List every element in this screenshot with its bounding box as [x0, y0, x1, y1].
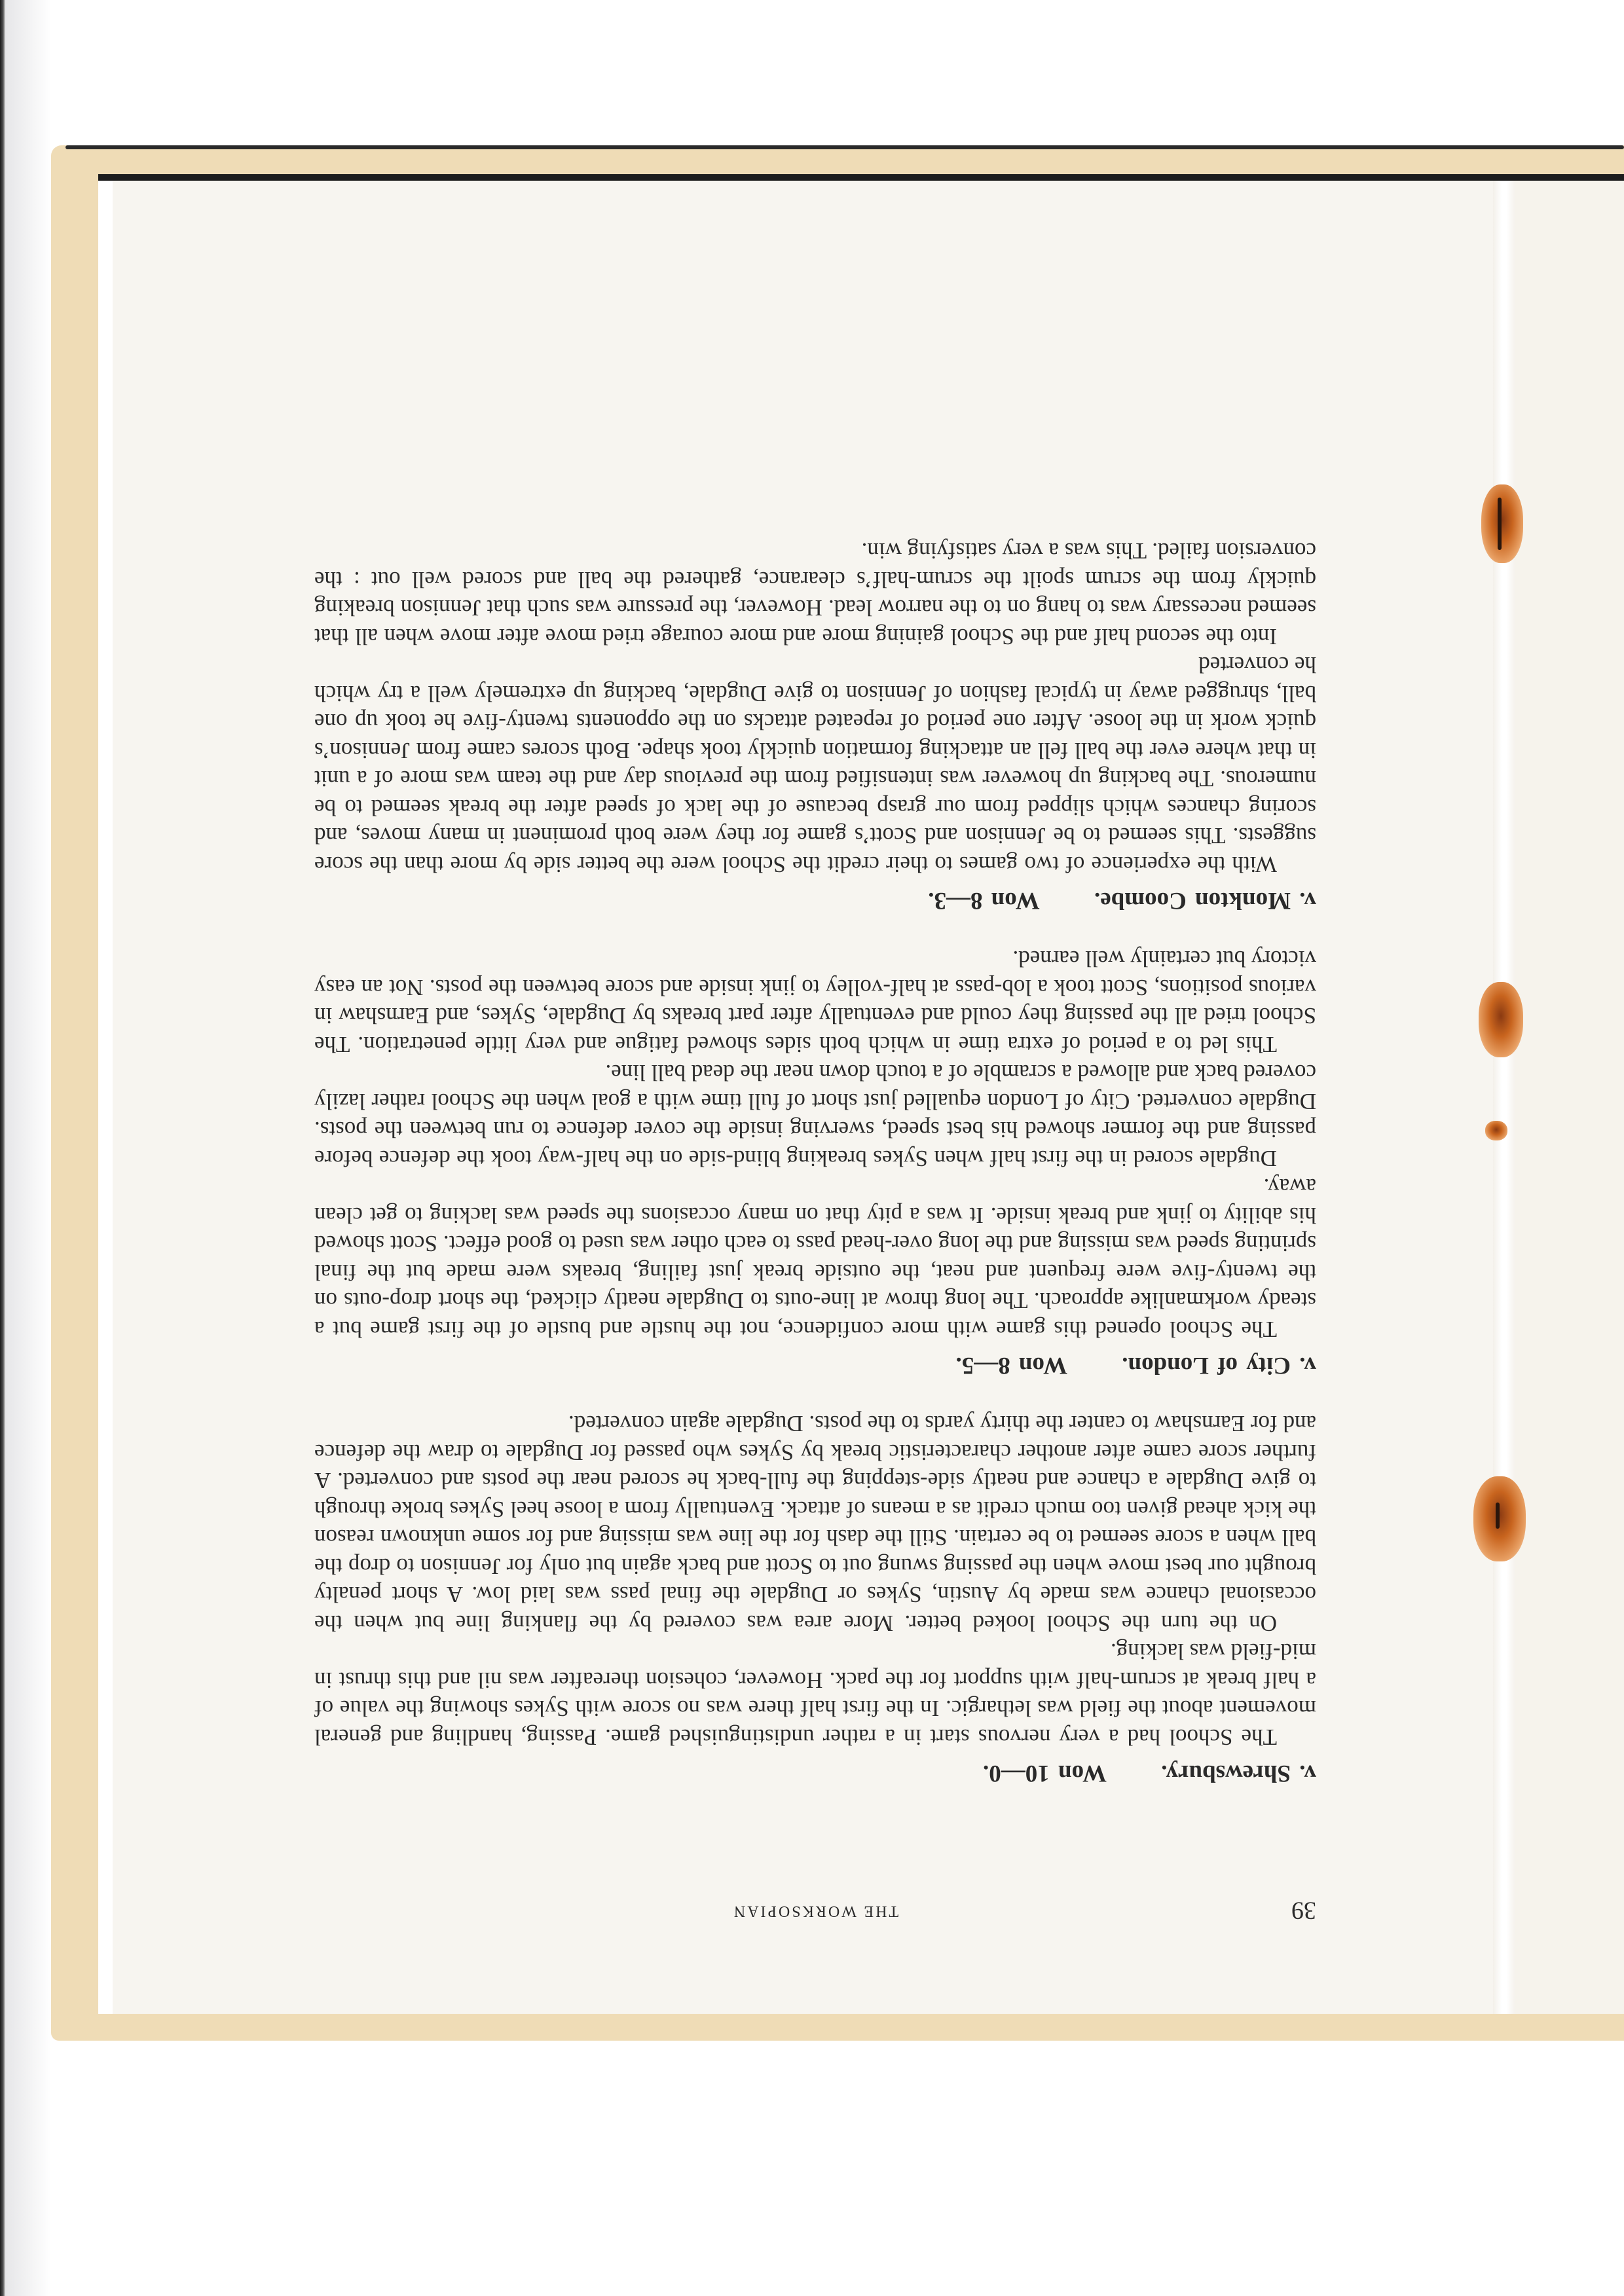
- match-opponent: v. Monkton Coombe.: [1094, 887, 1316, 914]
- rust-stain-icon: [1481, 484, 1523, 563]
- paragraph: On the turn the School looked better. Mo…: [314, 1410, 1316, 1637]
- book-gutter: [1493, 181, 1515, 2014]
- match-heading: v. City of London. Won 8—5.: [314, 1351, 1316, 1379]
- match-heading: v. Monkton Coombe. Won 8—3.: [314, 886, 1316, 915]
- staple-mark: [1498, 498, 1502, 550]
- running-title: THE WORKSOPIAN: [314, 1902, 1316, 1920]
- rust-stain-icon: [1479, 982, 1523, 1057]
- match-result: Won 10—0.: [983, 1760, 1107, 1787]
- scanner-edge: [0, 0, 5, 2296]
- match-report-shrewsbury: v. Shrewsbury. Won 10—0. The School had …: [314, 1410, 1316, 1787]
- staple-mark: [1496, 1503, 1500, 1529]
- rust-stain-icon: [1473, 1476, 1526, 1561]
- scanner-shadow: [5, 0, 51, 2296]
- match-opponent: v. Shrewsbury.: [1161, 1760, 1316, 1787]
- paragraph: Dugdale scored in the first half when Sy…: [314, 1059, 1316, 1173]
- match-opponent: v. City of London.: [1122, 1352, 1316, 1379]
- match-result: Won 8—5.: [955, 1352, 1067, 1379]
- running-head: 39 THE WORKSOPIAN: [314, 1886, 1316, 1925]
- cover-top-edge: [65, 145, 1624, 149]
- paragraph: The School had a very nervous start in a…: [314, 1637, 1316, 1751]
- paragraph: The School opened this game with more co…: [314, 1173, 1316, 1343]
- rust-stain-icon: [1485, 1121, 1507, 1140]
- page-content: 39 THE WORKSOPIAN v. Shrewsbury. Won 10—…: [314, 432, 1316, 1925]
- match-report-city-of-london: v. City of London. Won 8—5. The School o…: [314, 945, 1316, 1379]
- paragraph: With the experience of two games to thei…: [314, 651, 1316, 879]
- match-result: Won 8—3.: [928, 887, 1040, 914]
- paragraph: Into the second half and the School gain…: [314, 537, 1316, 651]
- facing-page-edge: [1515, 181, 1624, 2014]
- page-edge-glare: [98, 181, 113, 2014]
- paragraph: This led to a period of extra time in wh…: [314, 945, 1316, 1059]
- match-heading: v. Shrewsbury. Won 10—0.: [314, 1759, 1316, 1787]
- match-report-monkton-coombe: v. Monkton Coombe. Won 8—3. With the exp…: [314, 537, 1316, 915]
- cover-shadow-band: [98, 174, 1624, 181]
